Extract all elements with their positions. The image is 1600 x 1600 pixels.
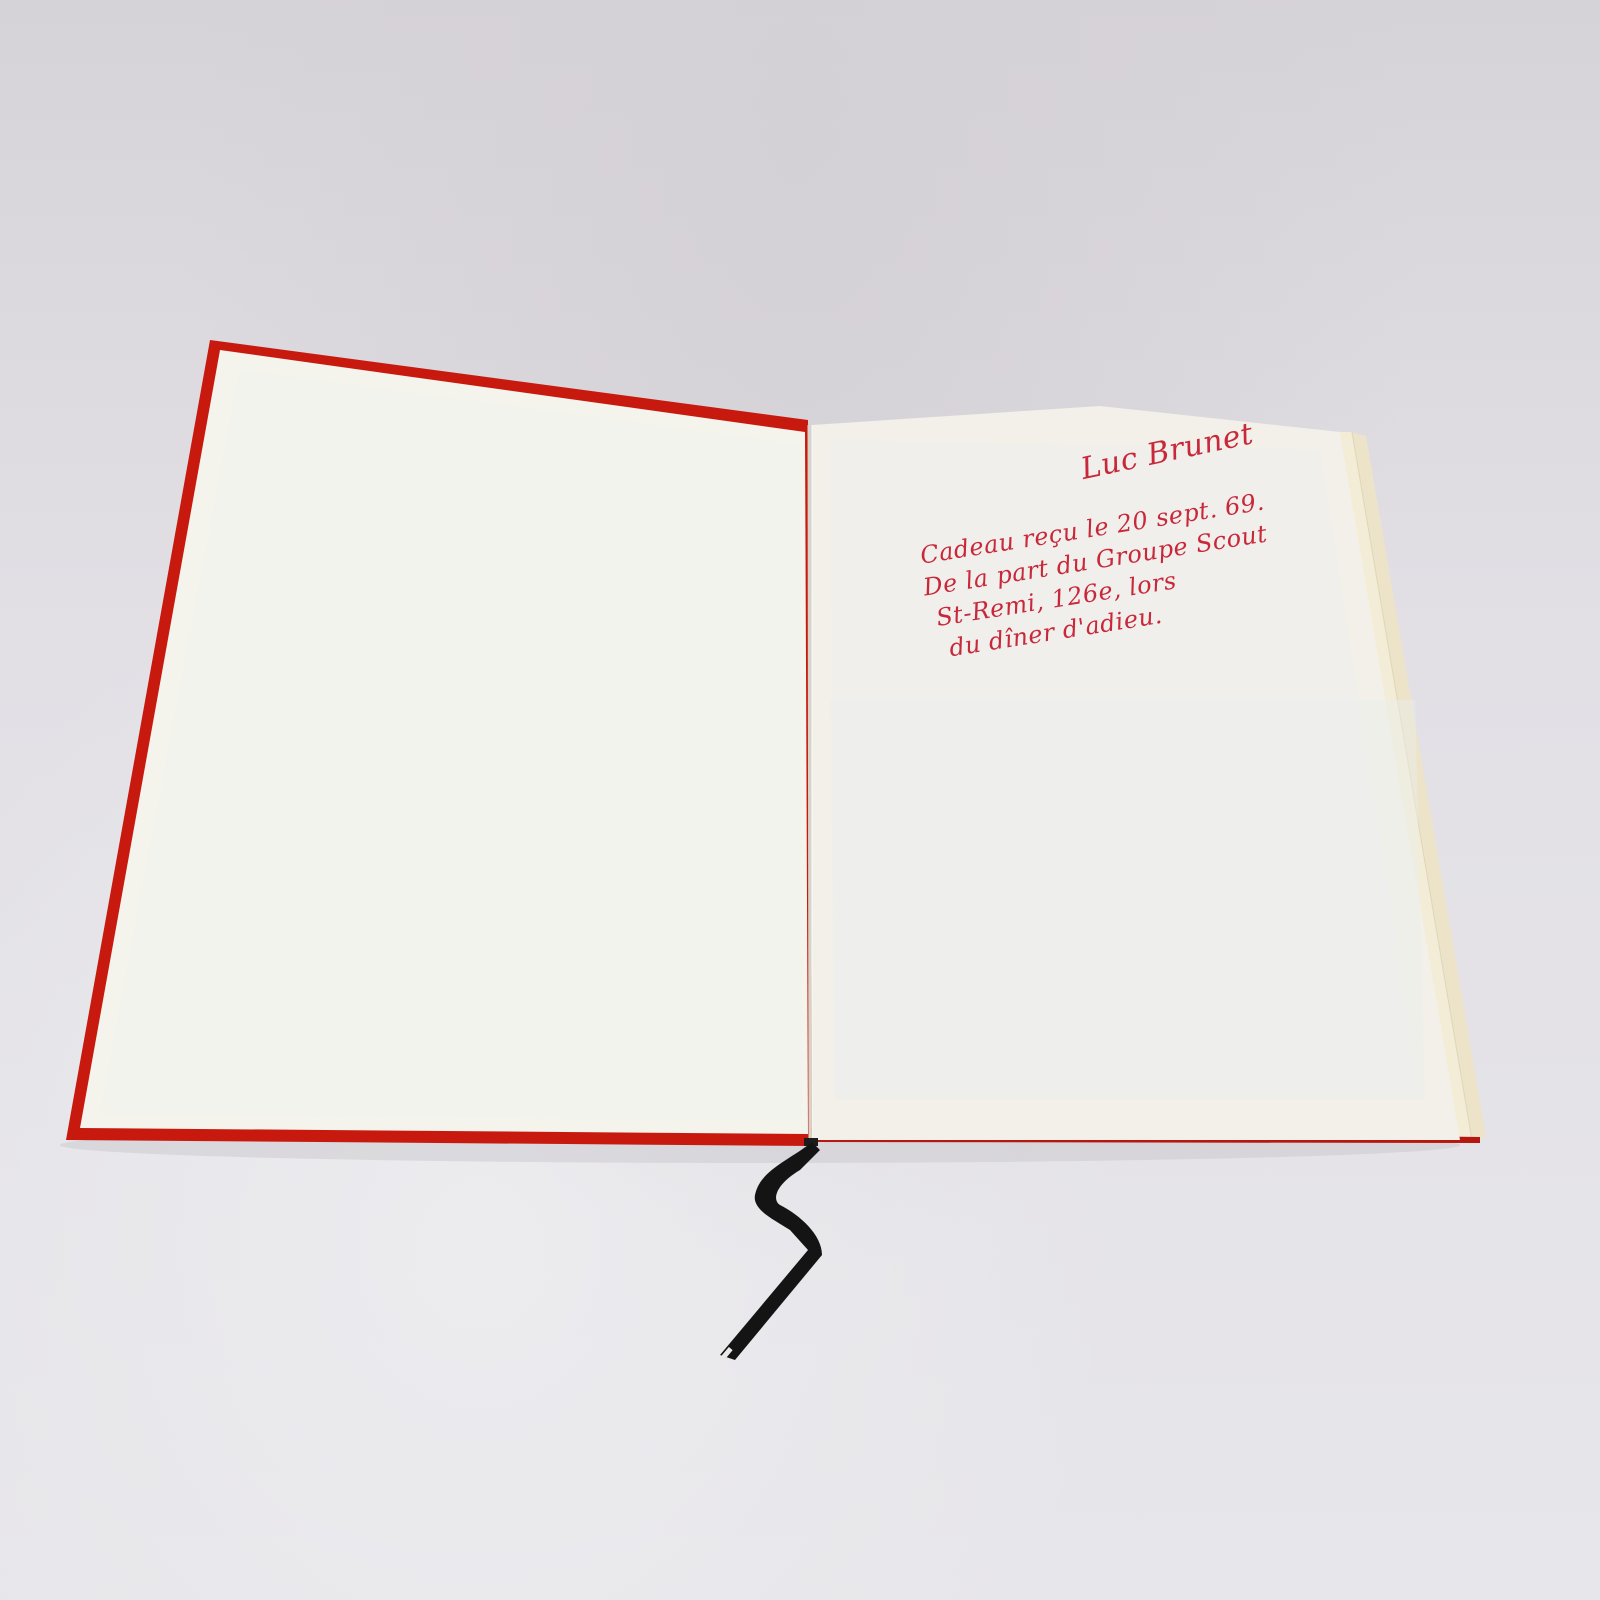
open-book — [0, 0, 1600, 1600]
ribbon-bookmark — [720, 1142, 822, 1360]
gutter — [809, 425, 810, 1140]
